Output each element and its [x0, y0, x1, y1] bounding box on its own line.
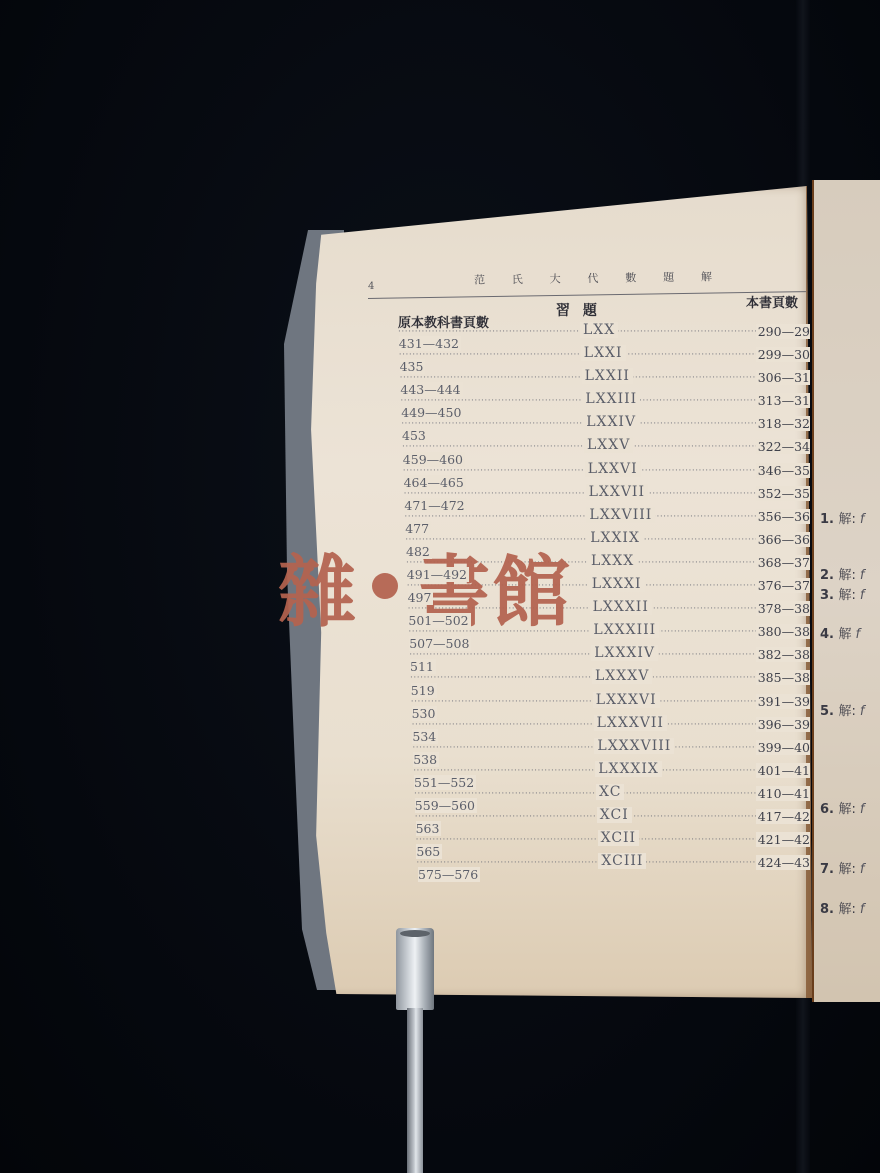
this-book-page-cell: 399—40 — [756, 740, 810, 755]
original-page-cell: 477 — [405, 521, 431, 536]
running-head-char: 范 — [474, 271, 487, 287]
this-book-page-cell: 299—30 — [756, 347, 810, 362]
exercise-cell: LXXXIV — [591, 645, 658, 661]
exercise-cell: LXXXII — [590, 599, 652, 615]
problem-number: 3. — [820, 588, 839, 603]
original-page-cell: 431—432 — [399, 336, 461, 351]
running-head-char: 數 — [625, 269, 638, 285]
this-book-page-cell: 313—31 — [756, 393, 810, 408]
exercise-cell: LXXI — [581, 345, 626, 361]
solution-label: 5. 解:f — [820, 700, 864, 719]
original-page-cell: 559—560 — [415, 798, 477, 813]
original-page-cell: 449—450 — [401, 405, 463, 420]
this-book-page-cell: 417—42 — [756, 809, 810, 824]
solution-label: 6. 解:f — [820, 798, 864, 817]
exercise-cell: LXXVI — [585, 461, 641, 477]
column-header-this-book-pages: 本書頁數 — [746, 292, 798, 311]
column-header-exercise: 習 題 — [556, 300, 601, 320]
running-head: 范 氏 大 代 數 題 解 — [474, 268, 714, 287]
this-book-page-cell: 380—38 — [756, 624, 810, 639]
table-row: 559—560·································… — [415, 809, 810, 832]
this-book-page-cell: 306—31 — [756, 370, 810, 385]
solution-word: 解: — [839, 902, 856, 917]
original-page-cell: 471—472 — [404, 498, 466, 513]
this-book-page-cell: 376—37 — [756, 578, 810, 593]
index-table: ········································… — [398, 324, 810, 901]
watermark-left-char: 雜 — [278, 530, 358, 642]
exercise-cell: LXXXI — [589, 576, 645, 592]
this-book-page-cell: 368—37 — [756, 555, 810, 570]
running-head-char: 氏 — [512, 271, 525, 287]
exercise-cell: LXXVIII — [586, 507, 655, 523]
table-row: 519·····································… — [411, 694, 810, 717]
original-page-cell: 507—508 — [409, 636, 471, 651]
running-head-char: 解 — [701, 268, 714, 284]
solution-word: 解 — [839, 627, 852, 642]
exercise-cell: XCII — [598, 830, 640, 846]
this-book-page-cell: 322—34 — [756, 439, 810, 454]
original-page-cell: 482 — [406, 544, 432, 559]
solution-label: 1. 解:f — [820, 508, 864, 527]
original-page-cell: 565 — [416, 844, 442, 859]
problem-number: 5. — [820, 704, 839, 719]
this-book-page-cell: 391—39 — [756, 694, 810, 709]
original-page-cell: 435 — [400, 359, 426, 374]
running-head-char: 大 — [550, 270, 563, 286]
exercise-cell: LXXXVIII — [594, 738, 674, 754]
problem-number: 2. — [820, 568, 839, 583]
exercise-cell: XCI — [597, 807, 632, 823]
metal-rod-cap — [396, 928, 434, 1010]
this-book-page-cell: 410—41 — [756, 786, 810, 801]
table-row: 511·····································… — [410, 670, 810, 693]
exercise-cell: LXXIII — [582, 391, 640, 407]
table-row: 471—472·································… — [404, 509, 810, 532]
table-row: 431—432·································… — [399, 347, 810, 370]
formula-fragment: f — [860, 512, 865, 527]
solution-word: 解: — [839, 588, 856, 603]
original-page-cell: 538 — [413, 752, 439, 767]
exercise-cell: LXXIV — [583, 414, 639, 430]
exercise-cell: LXXVII — [586, 484, 648, 500]
formula-fragment: f — [860, 704, 865, 719]
formula-fragment: f — [860, 568, 865, 583]
original-page-cell: 501—502 — [408, 613, 470, 628]
original-page-cell: 497 — [408, 590, 434, 605]
original-page-cell: 491—492 — [407, 567, 469, 582]
this-book-page-cell: 290—29 — [756, 324, 810, 339]
original-page-cell: 453 — [402, 428, 428, 443]
this-book-page-cell: 378—38 — [756, 601, 810, 616]
this-book-page-cell: 346—35 — [756, 463, 810, 478]
exercise-cell: LXXX — [588, 553, 637, 569]
exercise-cell: LXXXVII — [594, 715, 667, 731]
solution-word: 解: — [839, 802, 856, 817]
original-page-cell: 551—552 — [414, 775, 476, 790]
running-head-char: 題 — [663, 269, 676, 285]
solution-label: 8. 解:f — [820, 898, 864, 917]
formula-fragment: f — [860, 588, 865, 603]
exercise-cell: LXXIX — [587, 530, 643, 546]
this-book-page-cell: 366—36 — [756, 532, 810, 547]
metal-rod — [407, 1008, 423, 1173]
solution-word: 解: — [839, 568, 856, 583]
exercise-cell: LXXXV — [592, 668, 652, 684]
exercise-cell: LXXXVI — [593, 692, 660, 708]
original-page-cell: 534 — [412, 729, 438, 744]
problem-number: 7. — [820, 862, 839, 877]
this-book-page-cell: 421—42 — [756, 832, 810, 847]
solution-label: 3. 解:f — [820, 584, 864, 603]
exercise-cell: LXX — [580, 322, 618, 338]
problem-number: 1. — [820, 512, 839, 527]
original-page-cell: 519 — [411, 683, 437, 698]
this-book-page-cell: 424—43 — [756, 855, 810, 870]
this-book-page-cell: 318—32 — [756, 416, 810, 431]
original-page-cell: 530 — [412, 706, 438, 721]
solution-word: 解: — [839, 862, 856, 877]
problem-number: 4. — [820, 627, 839, 642]
exercise-cell: LXXV — [584, 437, 633, 453]
solution-label: 7. 解:f — [820, 858, 864, 877]
exercise-cell: LXXXIX — [595, 761, 662, 777]
original-page-cell: 443—444 — [400, 382, 462, 397]
solution-label: 2. 解:f — [820, 564, 864, 583]
formula-fragment: f — [860, 802, 865, 817]
table-row: 575—576 — [418, 878, 810, 901]
original-page-cell: 563 — [416, 821, 442, 836]
this-book-page-cell: 385—38 — [756, 670, 810, 685]
table-row: 449—450·································… — [401, 416, 810, 439]
exercise-cell: XC — [596, 784, 624, 800]
this-book-page-cell: 352—35 — [756, 486, 810, 501]
original-page-cell: 511 — [410, 659, 436, 674]
this-book-page-cell: 396—39 — [756, 717, 810, 732]
table-row: 534·····································… — [412, 740, 810, 763]
original-page-cell: 464—465 — [404, 475, 466, 490]
page-number: 4 — [368, 281, 374, 292]
table-row: 507—508·································… — [409, 647, 810, 670]
running-head-char: 代 — [587, 270, 600, 286]
problem-number: 8. — [820, 902, 839, 917]
watermark-dot-icon — [372, 573, 398, 599]
exercise-cell: LXXII — [582, 368, 633, 384]
this-book-page-cell: 356—36 — [756, 509, 810, 524]
original-page-cell: 459—460 — [403, 452, 465, 467]
formula-fragment: f — [860, 902, 865, 917]
table-row: 563·····································… — [416, 832, 810, 855]
solution-label: 4. 解f — [820, 623, 860, 642]
solution-word: 解: — [839, 512, 856, 527]
original-page-cell: 575—576 — [418, 867, 480, 882]
this-book-page-cell: 401—41 — [756, 763, 810, 778]
problem-number: 6. — [820, 802, 839, 817]
this-book-page-cell: 382—38 — [756, 647, 810, 662]
exercise-cell: LXXXIII — [590, 622, 659, 638]
exercise-cell: XCIII — [598, 853, 646, 869]
solution-word: 解: — [839, 704, 856, 719]
formula-fragment: f — [856, 627, 861, 642]
table-row: 530·····································… — [412, 717, 810, 740]
formula-fragment: f — [860, 862, 865, 877]
